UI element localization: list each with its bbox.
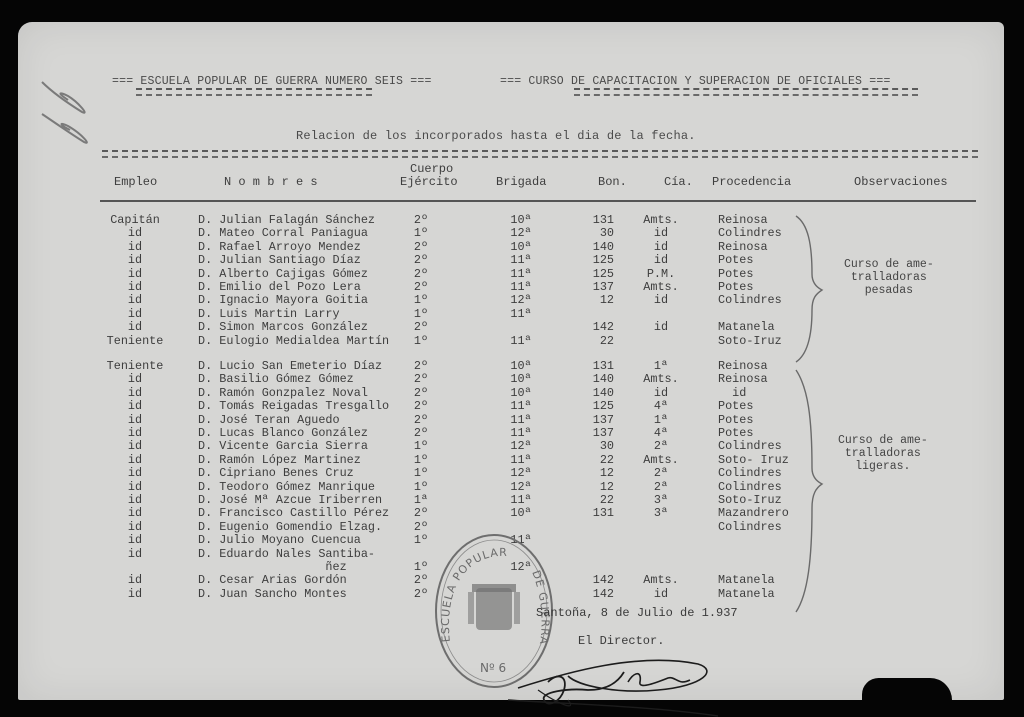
cell-batallon: 131: [578, 214, 614, 227]
cell-procedencia: Potes: [718, 254, 753, 267]
cell-empleo: id: [100, 241, 170, 254]
cell-nombre: D. Teodoro Gómez Manrique: [198, 481, 375, 494]
cell-brigada: 10ª: [506, 387, 536, 400]
cell-compania: Amts.: [636, 454, 686, 467]
cell-nombre: D. Tomás Reigadas Tresgallo: [198, 400, 389, 413]
cell-procedencia: Reinosa: [718, 373, 768, 386]
cell-compania: 2ª: [636, 481, 686, 494]
cell-brigada: 10ª: [506, 214, 536, 227]
cell-cuerpo: 2º: [406, 281, 436, 294]
table-row: idD. Rafael Arroyo Mendez2º10ª140idReino…: [18, 241, 1004, 254]
cell-procedencia: Potes: [718, 400, 753, 413]
cell-procedencia: Mazandrero: [718, 507, 789, 520]
cell-batallon: 140: [578, 373, 614, 386]
cell-brigada: 12ª: [506, 481, 536, 494]
cell-compania: Amts.: [636, 373, 686, 386]
cell-empleo: id: [100, 494, 170, 507]
table-row: TenienteD. Lucio San Emeterio Díaz2º10ª1…: [18, 360, 1004, 373]
observation-group-2: Curso de ame- tralladoras ligeras.: [838, 434, 928, 473]
cell-brigada: 11ª: [506, 400, 536, 413]
cell-batallon: 22: [578, 454, 614, 467]
col-header-brigada: Brigada: [496, 175, 546, 189]
cell-procedencia: Colindres: [718, 521, 782, 534]
cell-compania: P.M.: [636, 268, 686, 281]
cell-nombre: D. Ignacio Mayora Goitia: [198, 294, 368, 307]
table-row: idD. Mateo Corral Paniagua1º12ª30idColin…: [18, 227, 1004, 240]
cell-batallon: 12: [578, 467, 614, 480]
cell-brigada: 10ª: [506, 241, 536, 254]
paper-tear: [862, 678, 952, 700]
cell-empleo: id: [100, 294, 170, 307]
table-row: idD. Ramón Gonzpalez Noval2º10ª140id id: [18, 387, 1004, 400]
cell-compania: id: [636, 588, 686, 601]
col-header-nombres: N o m b r e s: [224, 175, 318, 189]
cell-brigada: 11ª: [506, 268, 536, 281]
cell-batallon: 131: [578, 360, 614, 373]
cell-cuerpo: 2º: [406, 268, 436, 281]
cell-brigada: 11ª: [506, 335, 536, 348]
cell-empleo: id: [100, 507, 170, 520]
cell-nombre: D. José Teran Aguedo: [198, 414, 340, 427]
cell-batallon: 30: [578, 227, 614, 240]
cell-batallon: 12: [578, 294, 614, 307]
cell-cuerpo: 2º: [406, 414, 436, 427]
cell-empleo: Teniente: [100, 360, 170, 373]
cell-compania: Amts.: [636, 214, 686, 227]
cell-nombre: D. Simon Marcos González: [198, 321, 368, 334]
cell-compania: 3ª: [636, 507, 686, 520]
cell-batallon: 142: [578, 588, 614, 601]
col-header-ejercito: Ejército: [400, 175, 458, 189]
cell-compania: id: [636, 321, 686, 334]
cell-brigada: 10ª: [506, 360, 536, 373]
cell-compania: 2ª: [636, 467, 686, 480]
coat-of-arms-icon: [476, 588, 512, 630]
cell-batallon: 140: [578, 387, 614, 400]
cell-cuerpo: 2º: [406, 241, 436, 254]
cell-cuerpo: 2º: [406, 400, 436, 413]
cell-empleo: id: [100, 227, 170, 240]
cell-nombre: D. Mateo Corral Paniagua: [198, 227, 368, 240]
cell-batallon: 22: [578, 494, 614, 507]
col-header-bon: Bon.: [598, 175, 627, 189]
cell-empleo: id: [100, 281, 170, 294]
cell-brigada: 11ª: [506, 308, 536, 321]
cell-cuerpo: 2º: [406, 507, 436, 520]
subtitle-divider: [102, 150, 978, 158]
cell-cuerpo: 1º: [406, 308, 436, 321]
brace-group-1: [794, 214, 824, 364]
cell-brigada: 11ª: [506, 454, 536, 467]
cell-nombre: D. Luis Martin Larry: [198, 308, 340, 321]
cell-empleo: id: [100, 440, 170, 453]
cell-nombre: D. Cipriano Benes Cruz: [198, 467, 354, 480]
cell-procedencia: Colindres: [718, 294, 782, 307]
cell-cuerpo: 2º: [406, 321, 436, 334]
cell-empleo: id: [100, 308, 170, 321]
col-header-empleo: Empleo: [114, 175, 157, 189]
cell-nombre: D. Cesar Arias Gordón: [198, 574, 347, 587]
cell-empleo: id: [100, 321, 170, 334]
cell-cuerpo: 1º: [406, 467, 436, 480]
cell-procedencia: Reinosa: [718, 214, 768, 227]
table-row: TenienteD. Eulogio Medialdea Martín1º11ª…: [18, 335, 1004, 348]
cell-nombre: D. Alberto Cajigas Gómez: [198, 268, 368, 281]
cell-nombre: D. Francisco Castillo Pérez: [198, 507, 389, 520]
cell-batallon: 12: [578, 481, 614, 494]
place-and-date: Santoña, 8 de Julio de 1.937: [536, 606, 738, 620]
cell-procedencia: Matanela: [718, 574, 775, 587]
cell-empleo: id: [100, 467, 170, 480]
cell-batallon: 22: [578, 335, 614, 348]
cell-procedencia: Potes: [718, 268, 753, 281]
cell-cuerpo: 2º: [406, 387, 436, 400]
cell-compania: id: [636, 294, 686, 307]
cell-brigada: 10ª: [506, 507, 536, 520]
cell-cuerpo: 2º: [406, 214, 436, 227]
cell-batallon: 142: [578, 321, 614, 334]
cell-nombre: D. Eduardo Nales Santiba-: [198, 548, 375, 561]
cell-nombre: ñez: [198, 561, 347, 574]
cell-empleo: id: [100, 427, 170, 440]
col-header-cia: Cía.: [664, 175, 693, 189]
cell-procedencia: id: [718, 387, 746, 400]
cell-cuerpo: 1º: [406, 440, 436, 453]
cell-batallon: 125: [578, 254, 614, 267]
table-row: idD. Luis Martin Larry1º11ª: [18, 308, 1004, 321]
observation-group-1: Curso de ame- tralladoras pesadas: [844, 258, 934, 297]
cell-nombre: D. Julian Falagán Sánchez: [198, 214, 375, 227]
cell-procedencia: Colindres: [718, 467, 782, 480]
svg-text:Nº 6: Nº 6: [480, 661, 506, 675]
table-row: idD. Tomás Reigadas Tresgallo2º11ª1254ªP…: [18, 400, 1004, 413]
table-row: idD. José Mª Azcue Iriberren1ª11ª223ªSot…: [18, 494, 1004, 507]
cell-procedencia: Colindres: [718, 481, 782, 494]
document-subtitle: Relacion de los incorporados hasta el di…: [296, 129, 696, 143]
cell-cuerpo: 1º: [406, 227, 436, 240]
cell-procedencia: Matanela: [718, 588, 775, 601]
cell-brigada: 11ª: [506, 494, 536, 507]
cell-procedencia: Soto-Iruz: [718, 494, 782, 507]
cell-cuerpo: 2º: [406, 360, 436, 373]
cell-compania: 1ª: [636, 360, 686, 373]
cell-compania: id: [636, 387, 686, 400]
cell-nombre: D. Julian Santiago Díaz: [198, 254, 361, 267]
cell-empleo: id: [100, 387, 170, 400]
table-row: idD. Simon Marcos González2º142idMatanel…: [18, 321, 1004, 334]
cell-batallon: 142: [578, 574, 614, 587]
cell-procedencia: Colindres: [718, 440, 782, 453]
cell-empleo: Capitán: [100, 214, 170, 227]
cell-batallon: 137: [578, 281, 614, 294]
cell-nombre: D. Julio Moyano Cuencua: [198, 534, 361, 547]
cell-procedencia: Potes: [718, 414, 753, 427]
cell-batallon: 137: [578, 427, 614, 440]
cell-procedencia: Soto- Iruz: [718, 454, 789, 467]
cell-cuerpo: 2º: [406, 373, 436, 386]
cell-batallon: 30: [578, 440, 614, 453]
cell-compania: 1ª: [636, 414, 686, 427]
cell-procedencia: Potes: [718, 281, 753, 294]
cell-nombre: D. Rafael Arroyo Mendez: [198, 241, 361, 254]
cell-empleo: id: [100, 481, 170, 494]
cell-brigada: 11ª: [506, 427, 536, 440]
cell-cuerpo: 1ª: [406, 494, 436, 507]
cell-nombre: D. Lucio San Emeterio Díaz: [198, 360, 382, 373]
cell-nombre: D. José Mª Azcue Iriberren: [198, 494, 382, 507]
cell-cuerpo: 1º: [406, 335, 436, 348]
header-right-underline: [574, 88, 918, 96]
cell-empleo: id: [100, 574, 170, 587]
table-row: CapitánD. Julian Falagán Sánchez2º10ª131…: [18, 214, 1004, 227]
cell-brigada: 12ª: [506, 440, 536, 453]
cell-compania: Amts.: [636, 281, 686, 294]
cell-empleo: Teniente: [100, 335, 170, 348]
header-left-underline: [136, 88, 372, 96]
cell-cuerpo: 1º: [406, 454, 436, 467]
cell-procedencia: Reinosa: [718, 241, 768, 254]
cell-batallon: 137: [578, 414, 614, 427]
document-page: === ESCUELA POPULAR DE GUERRA NUMERO SEI…: [18, 22, 1004, 700]
cell-empleo: id: [100, 414, 170, 427]
table-row: idD. Francisco Castillo Pérez2º10ª1313ªM…: [18, 507, 1004, 520]
director-signature: [508, 642, 718, 717]
cell-nombre: D. Vicente Garcia Sierra: [198, 440, 368, 453]
cell-cuerpo: 2º: [406, 427, 436, 440]
cell-empleo: id: [100, 254, 170, 267]
cell-batallon: 140: [578, 241, 614, 254]
cell-compania: 4ª: [636, 400, 686, 413]
cell-procedencia: Potes: [718, 427, 753, 440]
brace-group-2: [794, 368, 824, 614]
cell-compania: id: [636, 241, 686, 254]
cell-compania: 3ª: [636, 494, 686, 507]
cell-empleo: id: [100, 548, 170, 561]
cell-nombre: D. Emilio del Pozo Lera: [198, 281, 361, 294]
cell-brigada: 11ª: [506, 414, 536, 427]
col-header-procedencia: Procedencia: [712, 175, 791, 189]
cell-brigada: 12ª: [506, 467, 536, 480]
cell-nombre: D. Basilio Gómez Gómez: [198, 373, 354, 386]
cell-procedencia: Soto-Iruz: [718, 335, 782, 348]
cell-cuerpo: 1º: [406, 481, 436, 494]
table-row: idD. Teodoro Gómez Manrique1º12ª122ªColi…: [18, 481, 1004, 494]
cell-procedencia: Colindres: [718, 227, 782, 240]
cell-empleo: id: [100, 454, 170, 467]
cell-compania: 4ª: [636, 427, 686, 440]
cell-brigada: 11ª: [506, 254, 536, 267]
cell-nombre: D. Eulogio Medialdea Martín: [198, 335, 389, 348]
cell-batallon: 125: [578, 400, 614, 413]
table-row: idD. José Teran Aguedo2º11ª1371ªPotes: [18, 414, 1004, 427]
col-header-cuerpo: Cuerpo: [410, 162, 453, 176]
cell-empleo: id: [100, 521, 170, 534]
cell-compania: id: [636, 254, 686, 267]
header-school-title: === ESCUELA POPULAR DE GUERRA NUMERO SEI…: [112, 75, 432, 88]
cell-procedencia: Matanela: [718, 321, 775, 334]
header-divider: [100, 200, 976, 202]
col-header-observaciones: Observaciones: [854, 175, 948, 189]
cell-empleo: id: [100, 534, 170, 547]
cell-empleo: id: [100, 268, 170, 281]
cell-brigada: 11ª: [506, 281, 536, 294]
cell-batallon: 131: [578, 507, 614, 520]
table-row: idD. Basilio Gómez Gómez2º10ª140Amts.Rei…: [18, 373, 1004, 386]
cell-cuerpo: 2º: [406, 254, 436, 267]
cell-nombre: D. Ramón Gonzpalez Noval: [198, 387, 368, 400]
cell-compania: Amts.: [636, 574, 686, 587]
header-course-title: === CURSO DE CAPACITACION Y SUPERACION D…: [500, 75, 891, 88]
cell-empleo: id: [100, 373, 170, 386]
cell-empleo: id: [100, 400, 170, 413]
cell-nombre: D. Juan Sancho Montes: [198, 588, 347, 601]
cell-batallon: 125: [578, 268, 614, 281]
cell-brigada: 12ª: [506, 294, 536, 307]
cell-nombre: D. Eugenio Gomendio Elzag.: [198, 521, 382, 534]
cell-brigada: 10ª: [506, 373, 536, 386]
cell-nombre: D. Lucas Blanco González: [198, 427, 368, 440]
cell-empleo: id: [100, 588, 170, 601]
cell-brigada: 12ª: [506, 227, 536, 240]
cell-compania: 2ª: [636, 440, 686, 453]
cell-nombre: D. Ramón López Martinez: [198, 454, 361, 467]
handwritten-margin-note: [38, 72, 98, 152]
cell-compania: id: [636, 227, 686, 240]
cell-procedencia: Reinosa: [718, 360, 768, 373]
cell-cuerpo: 1º: [406, 294, 436, 307]
